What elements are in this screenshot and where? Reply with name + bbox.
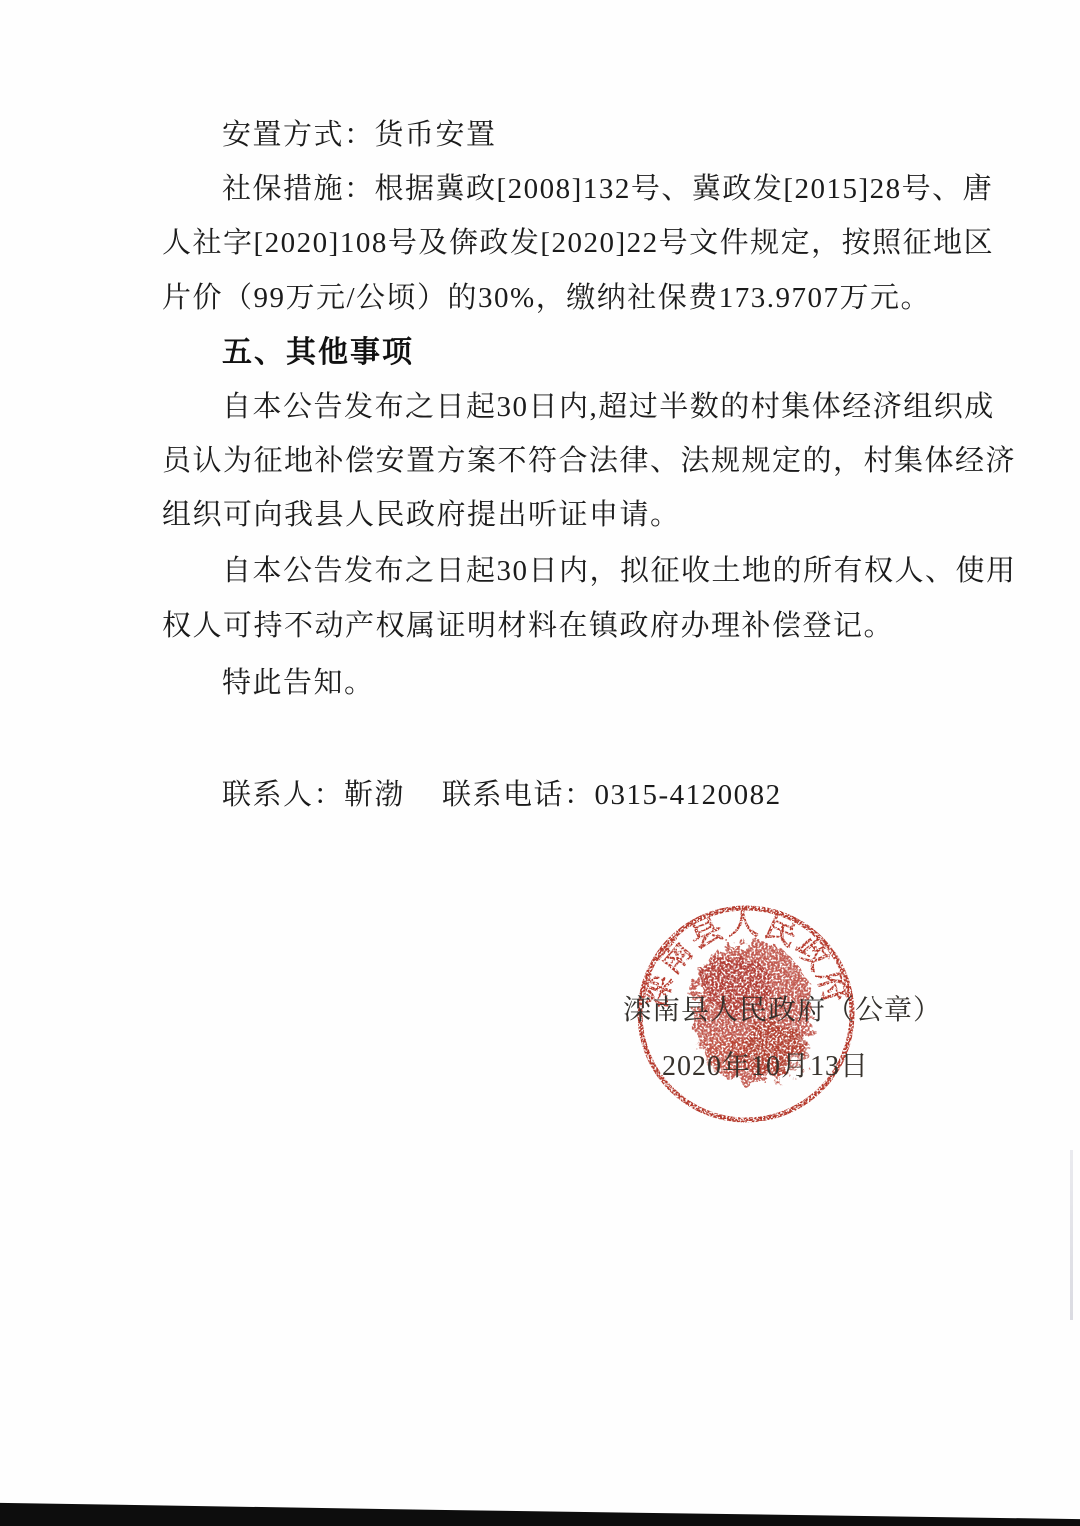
- contact-phone-number: 0315-4120082: [595, 779, 782, 811]
- contact-person-label: 联系人：: [222, 779, 344, 811]
- line-registration-1: 自本公告发布之日起30日内，拟征收土地的所有权人、使用: [222, 554, 1017, 588]
- line-social-security-3: 片价（99万元/公顷）的30%，缴纳社保费173.9707万元。: [162, 281, 931, 315]
- line-hearing-1: 自本公告发布之日起30日内,超过半数的村集体经济组织成: [222, 390, 995, 424]
- signature-issuer: 滦南县人民政府（公章）: [623, 988, 942, 1028]
- document-page: 安置方式：货币安置 社保措施：根据冀政[2008]132号、冀政发[2015]2…: [0, 0, 1080, 1526]
- line-social-security-1: 社保措施：根据冀政[2008]132号、冀政发[2015]28号、唐: [222, 172, 993, 206]
- signature-date: 2020年10月13日: [662, 1044, 869, 1084]
- line-resettlement-method: 安置方式：货币安置: [222, 118, 497, 152]
- scan-artifact-bottom-bar: [0, 1496, 1080, 1526]
- line-hearing-2: 员认为征地补偿安置方案不符合法律、法规规定的，村集体经济: [162, 444, 1016, 478]
- line-registration-2: 权人可持不动产权属证明材料在镇政府办理补偿登记。: [162, 609, 894, 643]
- contact-person: 联系人：靳渤: [222, 772, 405, 813]
- contact-phone: 联系电话：0315-4120082: [442, 772, 782, 813]
- line-social-security-2: 人社字[2020]108号及倴政发[2020]22号文件规定，按照征地区: [162, 226, 994, 260]
- line-hearing-3: 组织可向我县人民政府提出听证申请。: [162, 498, 681, 532]
- section-heading-other-matters: 五、其他事项: [222, 336, 414, 370]
- scan-artifact-right-line: [1070, 1150, 1073, 1320]
- contact-phone-label: 联系电话：: [442, 779, 595, 811]
- contact-person-name: 靳渤: [344, 779, 405, 811]
- contact-row: 联系人：靳渤 联系电话：0315-4120082: [0, 772, 1080, 812]
- line-notice-closing: 特此告知。: [222, 666, 375, 700]
